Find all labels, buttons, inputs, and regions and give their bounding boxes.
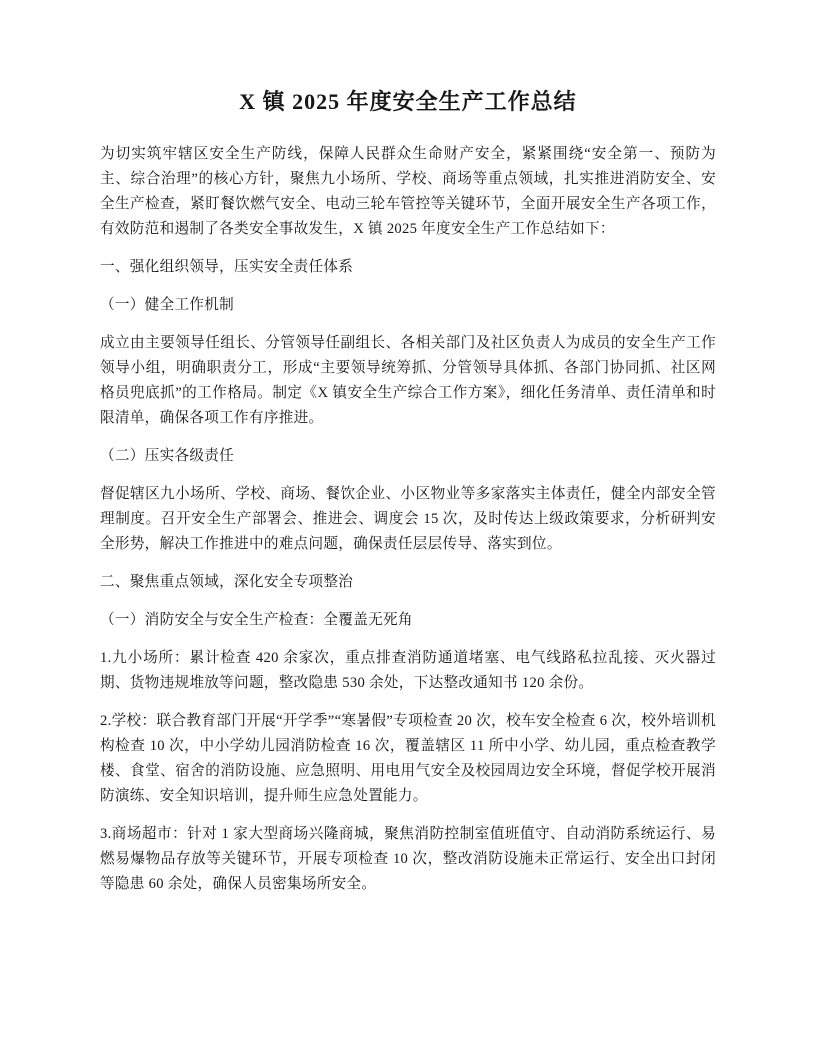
paragraph: 成立由主要领导任组长、分管领导任副组长、各相关部门及社区负责人为成员的安全生产工… [100,331,716,431]
document-page: X 镇 2025 年度安全生产工作总结 为切实筑牢辖区安全生产防线，保障人民群众… [0,0,816,1056]
paragraph: 督促辖区九小场所、学校、商场、餐饮企业、小区物业等多家落实主体责任，健全内部安全… [100,482,716,557]
paragraph: 1.九小场所：累计检查 420 余家次，重点排查消防通道堵塞、电气线路私拉乱接、… [100,646,716,696]
section-heading: （二）压实各级责任 [100,444,716,469]
section-heading: 一、强化组织领导，压实安全责任体系 [100,255,716,280]
document-title: X 镇 2025 年度安全生产工作总结 [100,86,716,118]
section-heading: （一）消防安全与安全生产检查：全覆盖无死角 [100,608,716,633]
paragraph: 3.商场超市：针对 1 家大型商场兴隆商城，聚焦消防控制室值班值守、自动消防系统… [100,822,716,897]
paragraph: 2.学校：联合教育部门开展“开学季”“寒暑假”专项检查 20 次，校车安全检查 … [100,709,716,809]
section-heading: 二、聚焦重点领域，深化安全专项整治 [100,570,716,595]
document-body: 为切实筑牢辖区安全生产防线，保障人民群众生命财产安全，紧紧围绕“安全第一、预防为… [100,142,716,897]
section-heading: （一）健全工作机制 [100,293,716,318]
paragraph: 为切实筑牢辖区安全生产防线，保障人民群众生命财产安全，紧紧围绕“安全第一、预防为… [100,142,716,242]
